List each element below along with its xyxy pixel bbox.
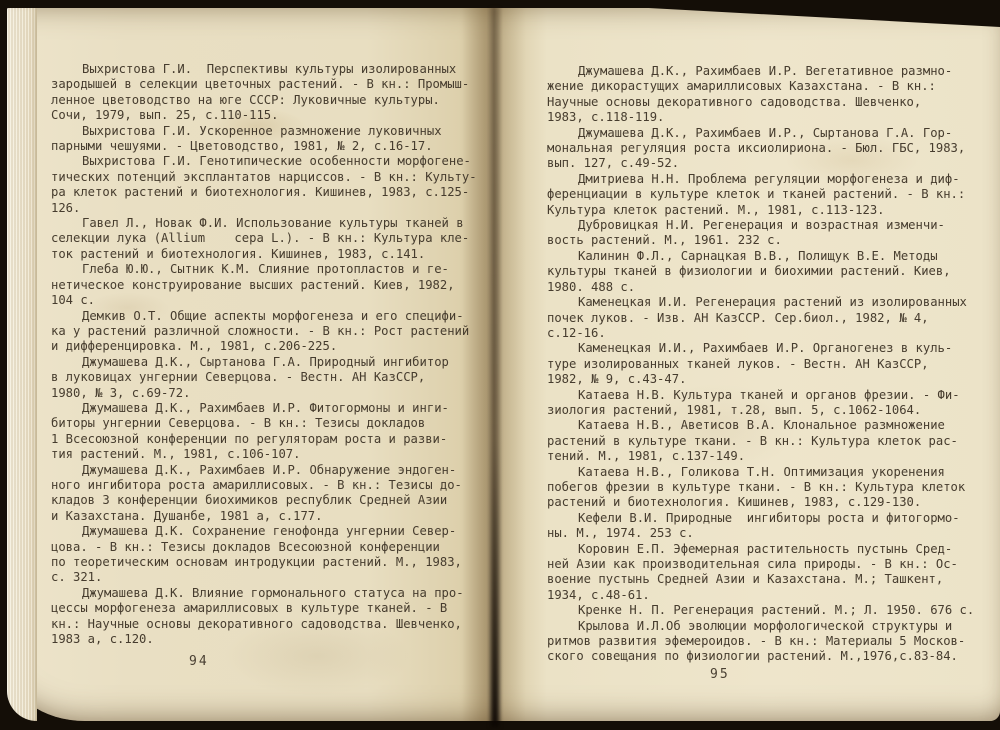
reference-entry: Дубровицкая Н.И. Регенерация и возрастна…: [547, 218, 985, 249]
reference-entry: Коровин Е.П. Эфемерная растительность пу…: [547, 542, 985, 604]
reference-entry: Глеба Ю.Ю., Сытник К.М. Слияние протопла…: [51, 262, 489, 308]
left-page-text: Выхристова Г.И. Перспективы культуры изо…: [51, 62, 489, 647]
reference-entry: Джумашева Д.К., Рахимбаев И.Р. Вегетатив…: [547, 64, 985, 126]
photo-background: Выхристова Г.И. Перспективы культуры изо…: [0, 0, 1000, 730]
page-number-left: 94: [189, 654, 209, 669]
reference-entry: Джумашева Д.К., Рахимбаев И.Р. Обнаружен…: [51, 463, 489, 525]
reference-entry: Крылова И.Л.Об эволюции морфологической …: [547, 619, 985, 665]
reference-entry: Кренке Н. П. Регенерация растений. М.; Л…: [547, 603, 985, 618]
page-number-right: 95: [710, 667, 730, 682]
book-spread: Выхристова Г.И. Перспективы культуры изо…: [7, 8, 1000, 721]
reference-entry: Катаева Н.В., Аветисов В.А. Клональное р…: [547, 418, 985, 464]
reference-entry: Джумашева Д.К., Рахимбаев И.Р., Сыртанов…: [547, 126, 985, 172]
reference-entry: Гавел Л., Новак Ф.И. Использование культ…: [51, 216, 489, 262]
reference-entry: Каменецкая И.И., Рахимбаев И.Р. Органоге…: [547, 341, 985, 387]
reference-entry: Джумашева Д.К., Рахимбаев И.Р. Фитогормо…: [51, 401, 489, 463]
reference-entry: Выхристова Г.И. Ускоренное размножение л…: [51, 124, 489, 155]
reference-entry: Джумашева Д.К., Сыртанова Г.А. Природный…: [51, 355, 489, 401]
reference-entry: Джумашева Д.К. Влияние гормонального ста…: [51, 586, 489, 648]
reference-entry: Кефели В.И. Природные ингибиторы роста и…: [547, 511, 985, 542]
reference-entry: Катаева Н.В. Культура тканей и органов ф…: [547, 388, 985, 419]
reference-entry: Катаева Н.В., Голикова Т.Н. Оптимизация …: [547, 465, 985, 511]
reference-entry: Каменецкая И.И. Регенерация растений из …: [547, 295, 985, 341]
reference-entry: Демкив О.Т. Общие аспекты морфогенеза и …: [51, 309, 489, 355]
reference-entry: Дмитриева Н.Н. Проблема регуляции морфог…: [547, 172, 985, 218]
reference-entry: Калинин Ф.Л., Сарнацкая В.В., Полищук В.…: [547, 249, 985, 295]
reference-entry: Джумашева Д.К. Сохранение генофонда унге…: [51, 524, 489, 586]
page-fore-edge: [7, 8, 37, 721]
reference-entry: Выхристова Г.И. Генотипические особеннос…: [51, 154, 489, 216]
reference-entry: Выхристова Г.И. Перспективы культуры изо…: [51, 62, 489, 124]
right-page-text: Джумашева Д.К., Рахимбаев И.Р. Вегетатив…: [547, 64, 985, 665]
